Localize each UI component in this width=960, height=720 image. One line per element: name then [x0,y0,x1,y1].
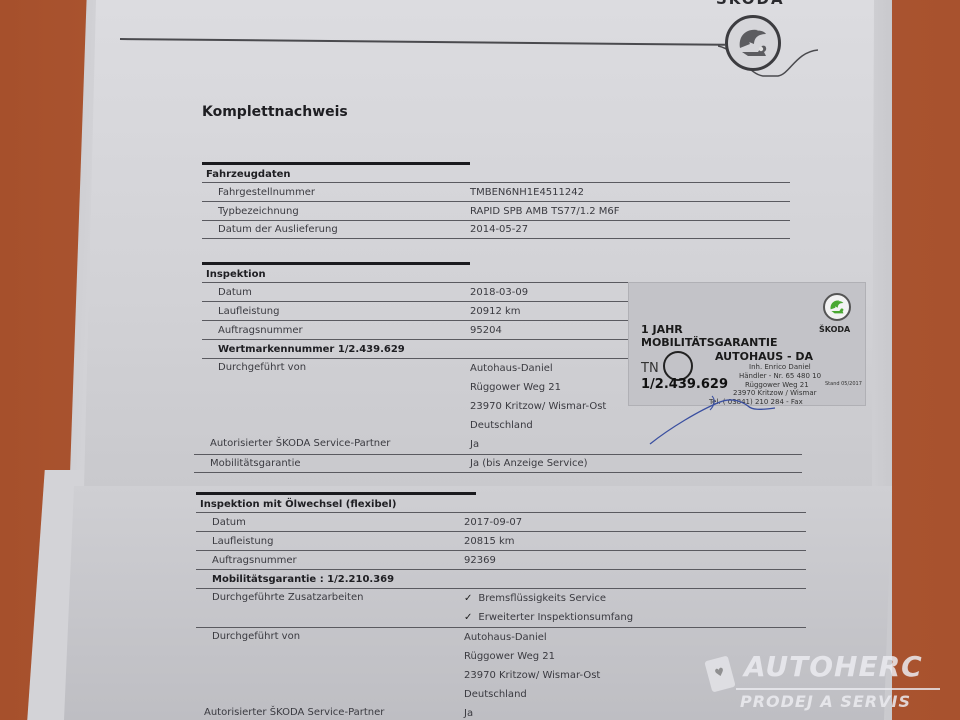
table-row: Datum 2017-09-07 [196,512,806,531]
section-title: Inspektion mit Ölwechsel (flexibel) [196,495,806,512]
sticker-line: Inh. Enrico Daniel [749,363,811,371]
table-row: Laufleistung 20815 km [196,531,806,550]
row-value: TMBEN6NH1E4511242 [470,187,790,198]
section-title: Inspektion [202,265,802,282]
row-value: 20815 km [464,536,806,547]
row-label: Auftragsnummer [202,325,470,336]
row-label: Laufleistung [202,306,470,317]
row-label: Mobilitätsgarantie [194,458,462,469]
row-label: Durchgeführt von [202,359,470,373]
row-label: Datum [196,517,464,528]
document-title: Komplettnachweis [202,104,348,120]
row-label: Durchgeführt von [196,628,464,642]
row-label: Auftragsnummer [196,555,464,566]
table-row: Auftragsnummer 92369 [196,550,806,569]
sticker-line: Händler - Nr. 65 480 10 [739,372,821,380]
row-label: Typbezeichnung [202,206,470,217]
row-value: Ja (bis Anzeige Service) [462,458,802,469]
partner-label: Autorisierter ŠKODA Service-Partner [204,707,384,718]
section-title: Fahrzeugdaten [202,165,790,182]
sticker-title: MOBILITÄTSGARANTIE [641,336,777,349]
row-label: Datum [202,287,470,298]
row-label: Laufleistung [196,536,464,547]
sticker-stand: Stand 05/2017 [825,381,862,387]
sticker-tn: TN [641,361,659,376]
signature [640,380,780,450]
mobilitaet-text: Mobilitätsgarantie : 1/2.210.369 [196,574,394,585]
mobilitaet-row: Mobilitätsgarantie Ja (bis Anzeige Servi… [194,454,802,473]
zusatzarbeiten-row: Durchgeführte Zusatzarbeiten ✓Bremsflüss… [196,588,806,627]
sticker-brand: ŠKODA [819,325,850,334]
row-label: Durchgeführte Zusatzarbeiten [196,589,464,603]
zusatz-list: ✓Bremsflüssigkeits Service ✓Erweiterter … [464,589,806,627]
check-icon: ✓ [464,593,472,604]
table-row: Datum der Auslieferung 2014-05-27 [202,220,790,239]
list-item: ✓Erweiterter Inspektionsumfang [464,608,806,627]
watermark-rule [736,688,940,690]
partner-label: Autorisierter ŠKODA Service-Partner [210,438,390,449]
row-label: Fahrgestellnummer [202,187,470,198]
address-line: Autohaus-Daniel [464,628,806,647]
check-icon: ✓ [464,612,472,623]
sticker-dealer: AUTOHAUS - DA [715,350,813,363]
row-value: 92369 [464,555,806,566]
skoda-logo-icon [823,293,851,321]
skoda-logo-icon [725,15,781,71]
row-value: 2014-05-27 [470,224,790,235]
table-row: Typbezeichnung RAPID SPB AMB TS77/1.2 M6… [202,201,790,220]
playing-card-icon: ♥ [704,655,735,692]
autoherc-watermark: ♥ AUTOHERC PRODEJ A SERVIS [706,650,946,714]
watermark-title: AUTOHERC [744,650,923,683]
watermark-subtitle: PRODEJ A SERVIS [740,692,911,711]
wertmarke-text: Wertmarkennummer 1/2.439.629 [202,344,405,355]
brand-wordmark: ŠKODA [716,0,785,8]
row-label: Datum der Auslieferung [202,224,470,235]
sticker-year: 1 JAHR [641,323,683,336]
mobilitaet-row: Mobilitätsgarantie : 1/2.210.369 [196,569,806,588]
row-value: 2017-09-07 [464,517,806,528]
section-fahrzeugdaten: Fahrzeugdaten Fahrgestellnummer TMBEN6NH… [202,162,790,239]
table-row: Fahrgestellnummer TMBEN6NH1E4511242 [202,182,790,201]
list-item: ✓Bremsflüssigkeits Service [464,589,806,608]
row-value: RAPID SPB AMB TS77/1.2 M6F [470,206,790,217]
